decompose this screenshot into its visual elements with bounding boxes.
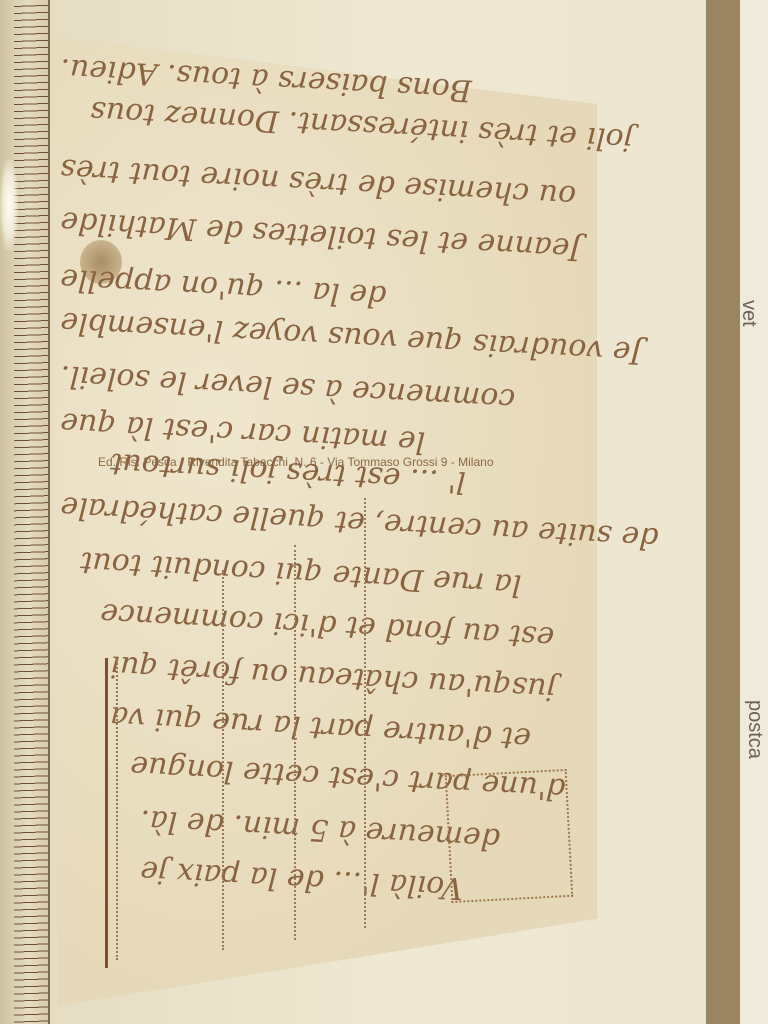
ruler: [0, 0, 50, 1024]
sleeve-edge: [706, 0, 740, 1024]
sleeve-paper: [740, 0, 768, 1024]
divider-line: [105, 658, 108, 968]
address-line: [222, 570, 224, 950]
light-glare: [0, 160, 18, 250]
address-line: [364, 498, 366, 928]
sleeve-text-top: vet: [737, 300, 760, 327]
sleeve-text-bottom: postca: [743, 700, 766, 759]
publisher-imprint: Ed. Ris. Pesca - Rivendita Tabacchi, N. …: [98, 455, 494, 469]
ruler-ticks: [14, 0, 48, 1024]
address-line: [116, 660, 118, 960]
stamp-box: [445, 769, 574, 903]
address-line: [294, 545, 296, 940]
